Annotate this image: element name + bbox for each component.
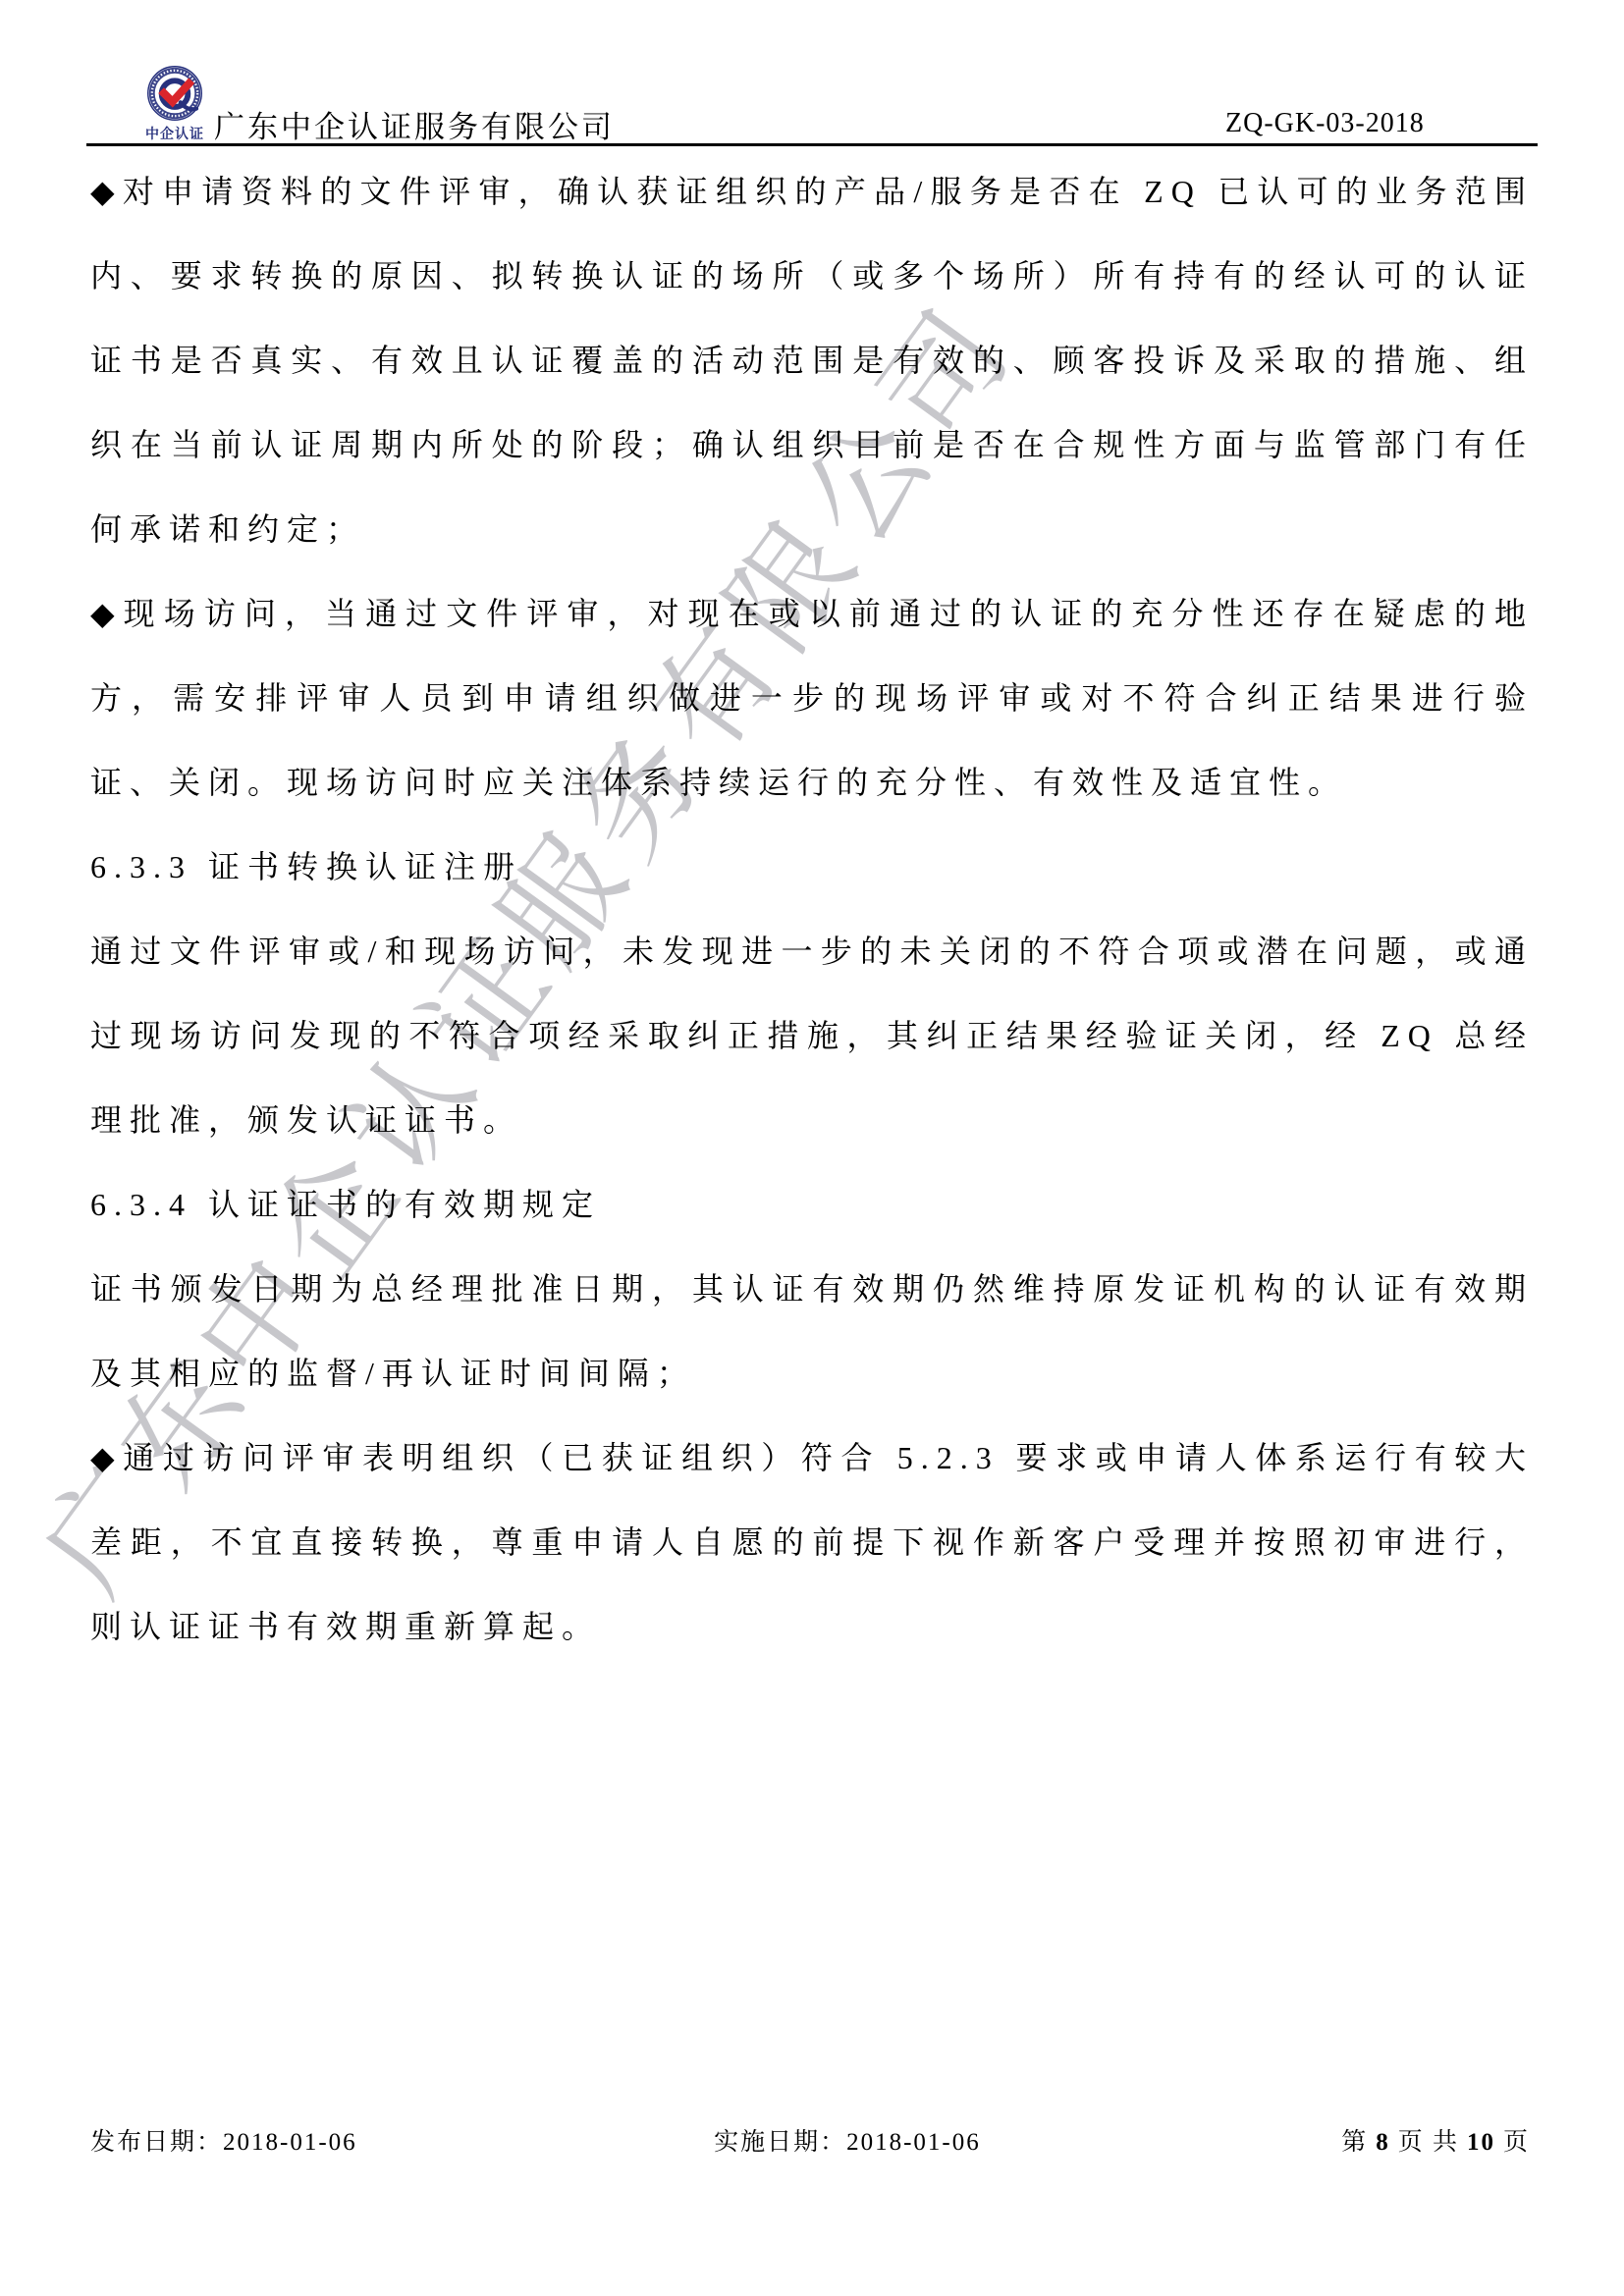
implement-date: 实施日期：2018-01-06 — [714, 2122, 981, 2158]
document-body: ◆对申请资料的文件评审，确认获证组织的产品/服务是否在 ZQ 已认可的业务范围内… — [90, 149, 1534, 1669]
release-date-value: 2018-01-06 — [223, 2129, 357, 2156]
logo-caption: 中企认证 — [139, 124, 210, 143]
page-label-mid: 页 共 — [1398, 2129, 1459, 2156]
section-heading-633: 6.3.3 证书转换认证注册 — [90, 825, 1534, 909]
header-divider — [86, 143, 1538, 146]
page-footer: 发布日期：2018-01-06 实施日期：2018-01-06 第8页 共10页 — [90, 2122, 1534, 2158]
implement-date-label: 实施日期： — [714, 2129, 846, 2156]
release-date-label: 发布日期： — [90, 2129, 223, 2156]
body-paragraph-5: ◆通过访问评审表明组织（已获证组织）符合 5.2.3 要求或申请人体系运行有较大… — [90, 1415, 1534, 1669]
page-label-suffix: 页 — [1503, 2129, 1530, 2156]
document-number: ZQ-GK-03-2018 — [1225, 108, 1425, 139]
section-heading-634: 6.3.4 认证证书的有效期规定 — [90, 1162, 1534, 1247]
certification-emblem-icon — [146, 65, 203, 122]
release-date: 发布日期：2018-01-06 — [90, 2122, 357, 2158]
body-paragraph-1: ◆对申请资料的文件评审，确认获证组织的产品/服务是否在 ZQ 已认可的业务范围内… — [90, 149, 1534, 571]
implement-date-value: 2018-01-06 — [846, 2129, 981, 2156]
body-paragraph-3: 通过文件评审或/和现场访问，未发现进一步的未关闭的不符合项或潜在问题，或通过现场… — [90, 909, 1534, 1162]
body-paragraph-4: 证书颁发日期为总经理批准日期，其认证有效期仍然维持原发证机构的认证有效期及其相应… — [90, 1247, 1534, 1415]
current-page-number: 8 — [1376, 2129, 1390, 2156]
company-logo: 中企认证 — [139, 65, 210, 143]
page-label-prefix: 第 — [1341, 2129, 1368, 2156]
company-name: 广东中企认证服务有限公司 — [214, 102, 615, 146]
body-paragraph-2: ◆现场访问，当通过文件评审，对现在或以前通过的认证的充分性还存在疑虑的地方，需安… — [90, 571, 1534, 825]
total-page-number: 10 — [1467, 2129, 1495, 2156]
document-page: 广东中企认证服务有限公司 中企认证 广东中企认证服务有限公司 ZQ-GK-03-… — [0, 0, 1624, 2296]
page-number-info: 第8页 共10页 — [1337, 2122, 1534, 2158]
